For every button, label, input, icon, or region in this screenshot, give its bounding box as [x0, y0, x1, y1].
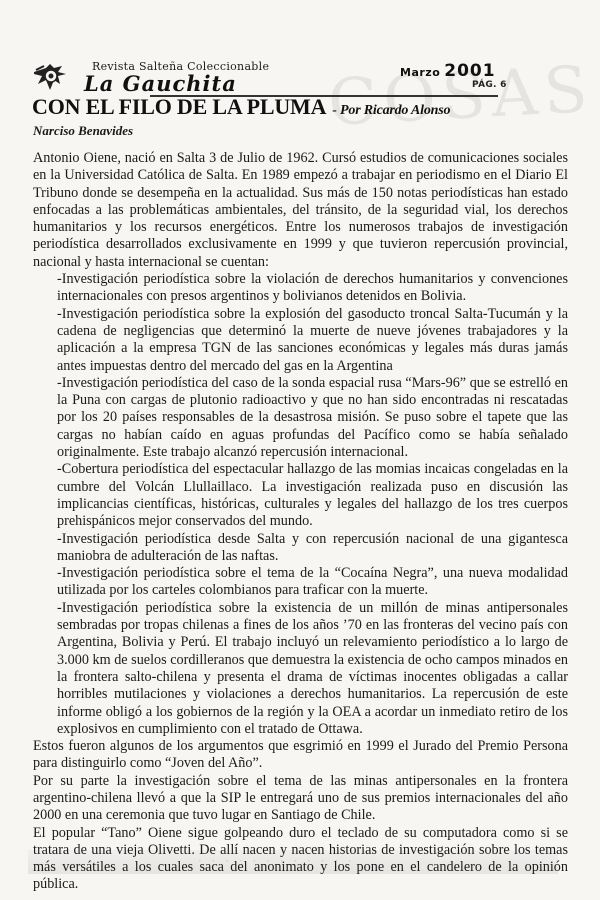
article-title-text: CON EL FILO DE LA PLUMA — [32, 94, 326, 119]
list-item: -Investigación periodística sobre la vio… — [33, 271, 568, 306]
intro-paragraph: Antonio Oiene, nació en Salta 3 de Julio… — [33, 150, 568, 271]
article-title: CON EL FILO DE LA PLUMA- Por Ricardo Alo… — [32, 94, 450, 120]
body-paragraph: Estos fueron algunos de los argumentos q… — [33, 738, 568, 773]
body-paragraph: El popular “Tano” Oiene sigue golpeando … — [33, 825, 568, 894]
issue-date: Marzo2001 — [400, 61, 496, 81]
body-paragraph: Por su parte la investigación sobre el t… — [33, 773, 568, 825]
issue-year: 2001 — [444, 61, 495, 81]
magazine-page: COSAS DE LA · · · · · · · · · · · · Revi… — [0, 0, 600, 900]
article-body: Antonio Oiene, nació en Salta 3 de Julio… — [33, 150, 568, 894]
page-number: PÁG. 6 — [472, 80, 507, 90]
magazine-title: La Gauchita — [84, 71, 237, 96]
list-item: -Investigación periodística sobre la exp… — [33, 306, 568, 375]
list-item: -Investigación periodística del caso de … — [33, 375, 568, 461]
issue-month: Marzo — [400, 66, 440, 79]
gaucho-rider-icon — [32, 62, 68, 92]
article-byline: - Por Ricardo Alonso — [332, 103, 450, 118]
masthead: Revista Salteña Coleccionable La Gauchit… — [32, 60, 562, 94]
article-subject: Narciso Benavides — [33, 123, 133, 139]
list-item: -Investigación periodística sobre la exi… — [33, 600, 568, 738]
list-item: -Investigación periodística sobre el tem… — [33, 565, 568, 600]
list-item: -Cobertura periodística del espectacular… — [33, 461, 568, 530]
list-item: -Investigación periodística desde Salta … — [33, 531, 568, 566]
